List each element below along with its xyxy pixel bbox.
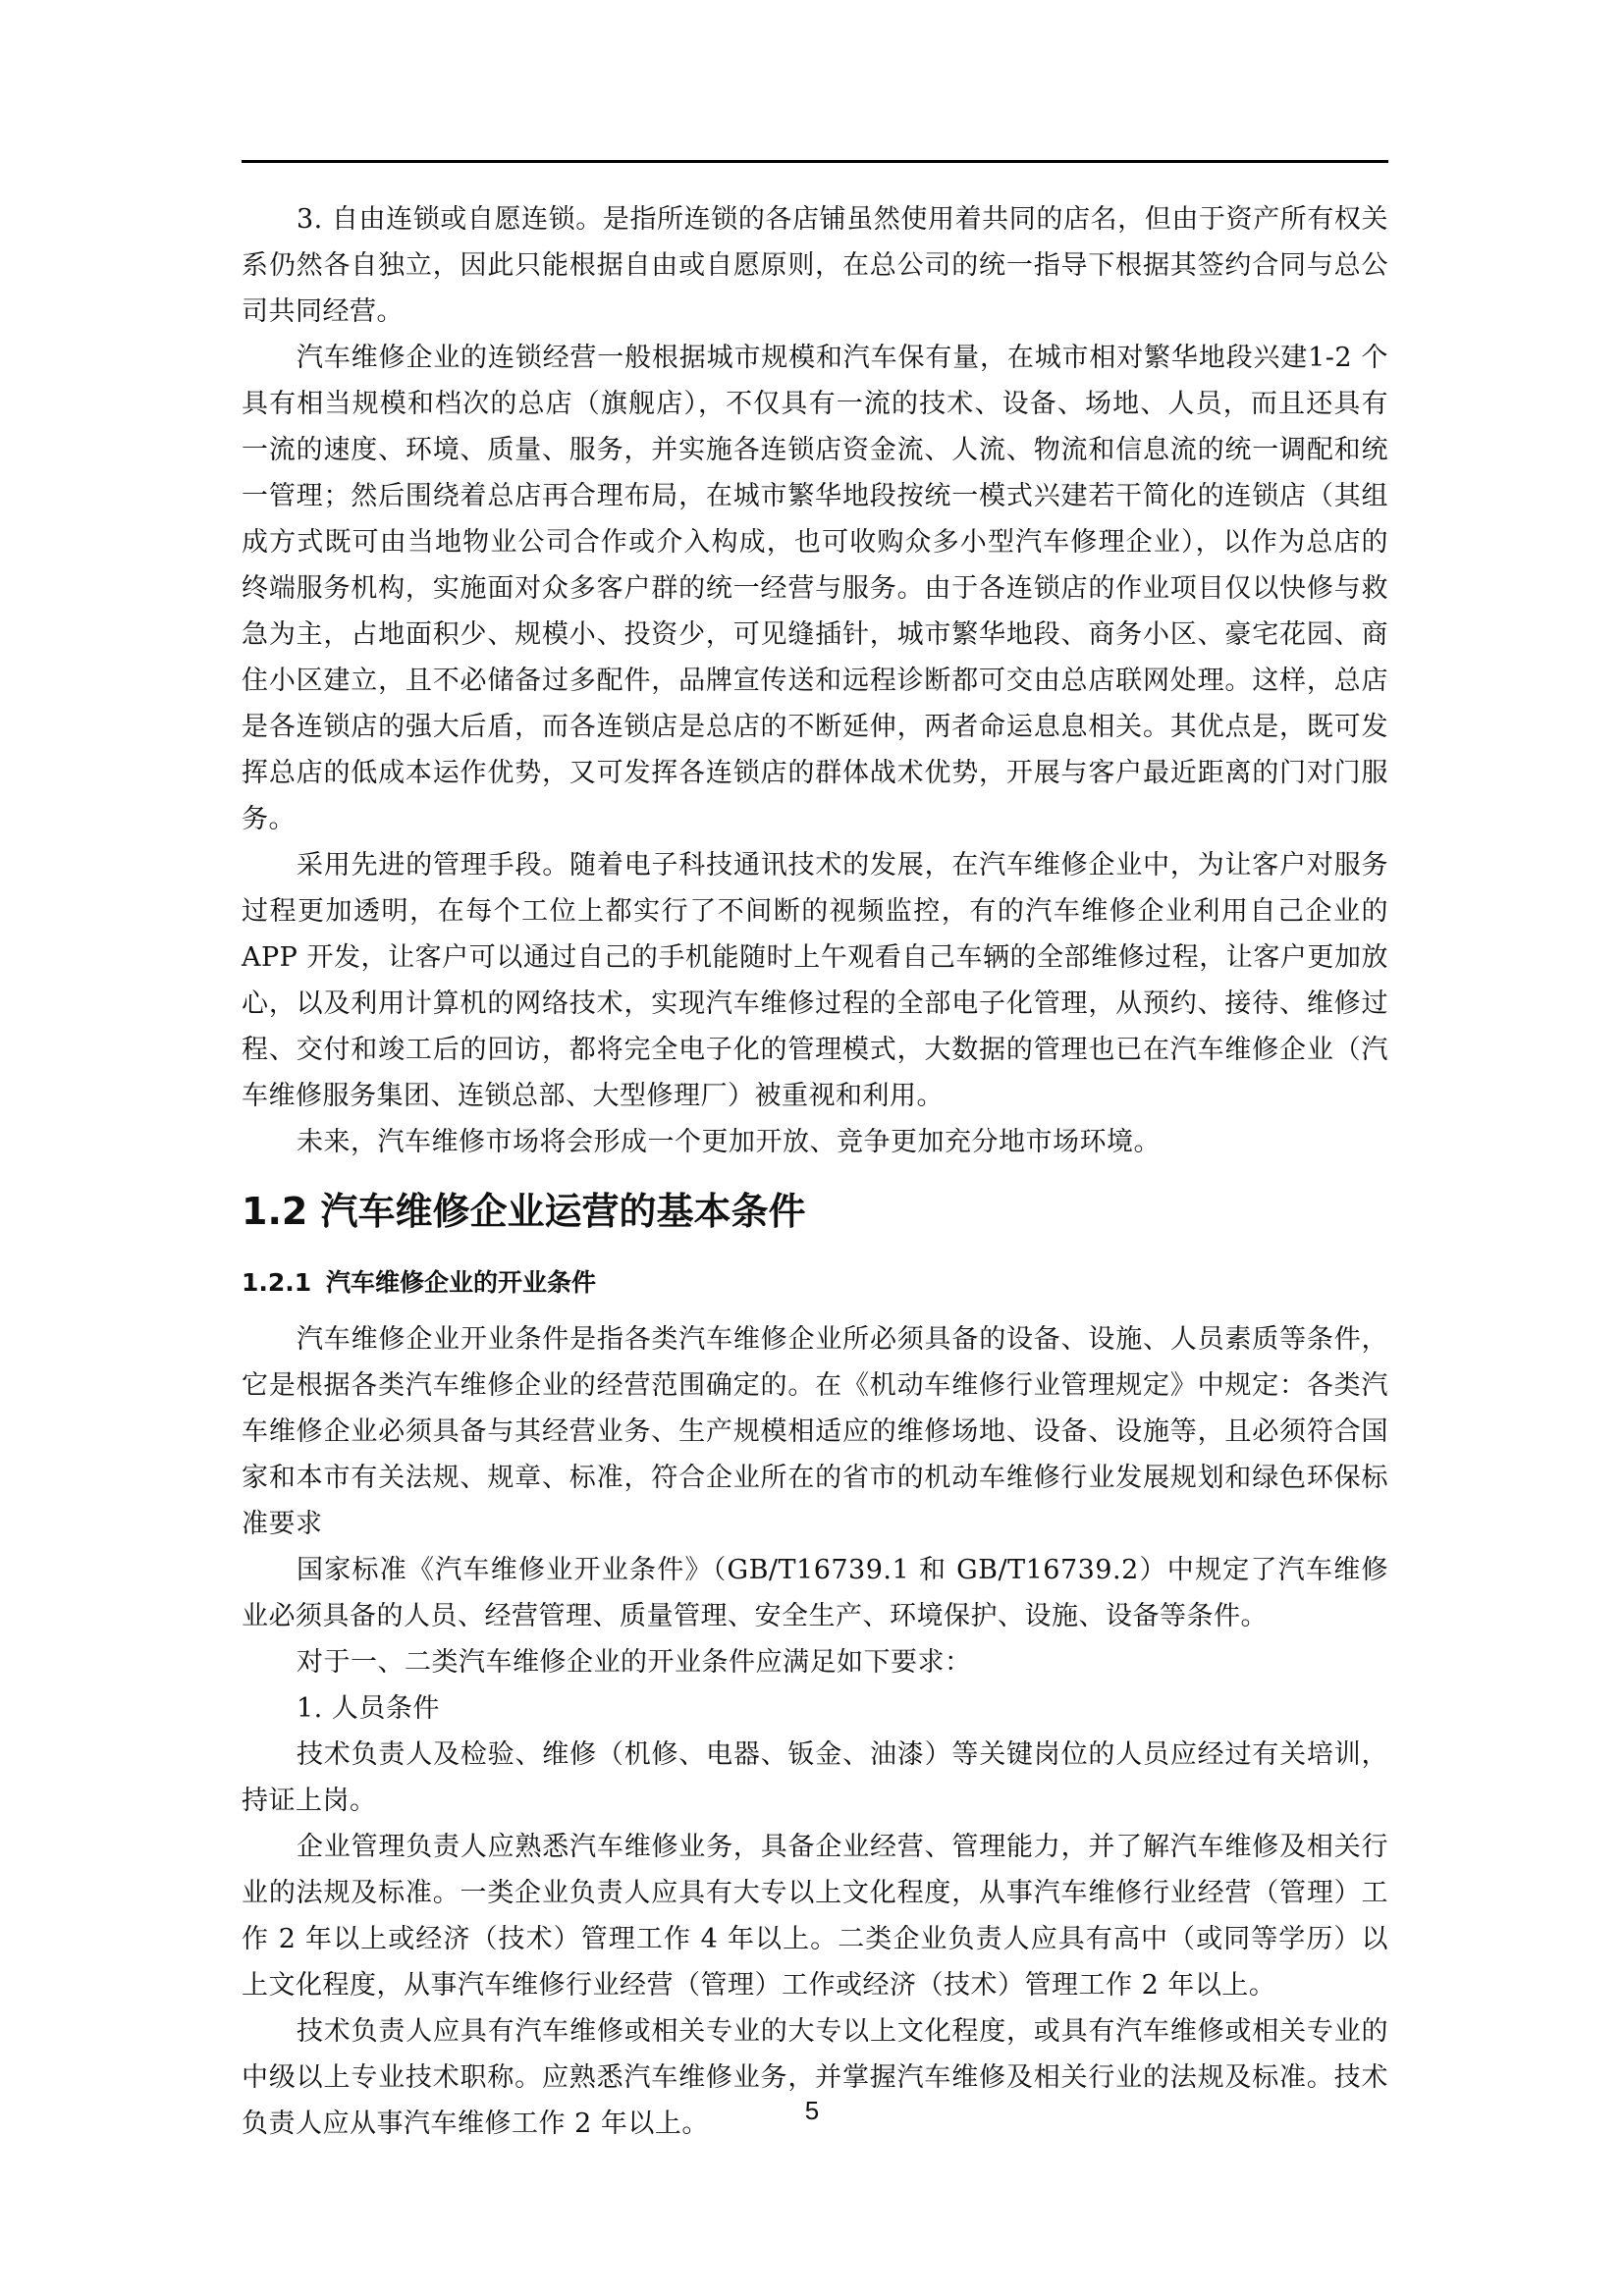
page-body: 3. 自由连锁或自愿连锁。是指所连锁的各店铺虽然使用着共同的店名，但由于资产所有… (242, 196, 1388, 2147)
paragraph-chain-operation: 汽车维修企业的连锁经营一般根据城市规模和汽车保有量，在城市相对繁华地段兴建1-2… (242, 335, 1388, 842)
paragraph-key-positions: 技术负责人及检验、维修（机修、电器、钣金、油漆）等关键岗位的人员应经过有关培训，… (242, 1732, 1388, 1824)
paragraph-advanced-management: 采用先进的管理手段。随着电子科技通讯技术的发展，在汽车维修企业中，为让客户对服务… (242, 842, 1388, 1119)
paragraph-national-standard: 国家标准《汽车维修业开业条件》（GB/T16739.1 和 GB/T16739.… (242, 1547, 1388, 1639)
section-heading: 1.2 汽车维修企业运营的基本条件 (242, 1187, 1388, 1236)
paragraph-opening-conditions: 汽车维修企业开业条件是指各类汽车维修企业所必须具备的设备、设施、人员素质等条件，… (242, 1316, 1388, 1547)
header-rule (242, 160, 1388, 163)
subsection-title: 汽车维修企业的开业条件 (326, 1268, 596, 1297)
paragraph-voluntary-chain: 3. 自由连锁或自愿连锁。是指所连锁的各店铺虽然使用着共同的店名，但由于资产所有… (242, 196, 1388, 335)
page-number: 5 (0, 2096, 1624, 2126)
subsection-number: 1.2.1 (242, 1263, 326, 1303)
paragraph-requirements-intro: 对于一、二类汽车维修企业的开业条件应满足如下要求： (242, 1639, 1388, 1685)
paragraph-future-market: 未来，汽车维修市场将会形成一个更加开放、竞争更加充分地市场环境。 (242, 1119, 1388, 1165)
subsection-heading: 1.2.1汽车维修企业的开业条件 (242, 1263, 1388, 1303)
list-item-personnel-conditions: 1. 人员条件 (242, 1685, 1388, 1732)
paragraph-management-head: 企业管理负责人应熟悉汽车维修业务，具备企业经营、管理能力，并了解汽车维修及相关行… (242, 1824, 1388, 2008)
